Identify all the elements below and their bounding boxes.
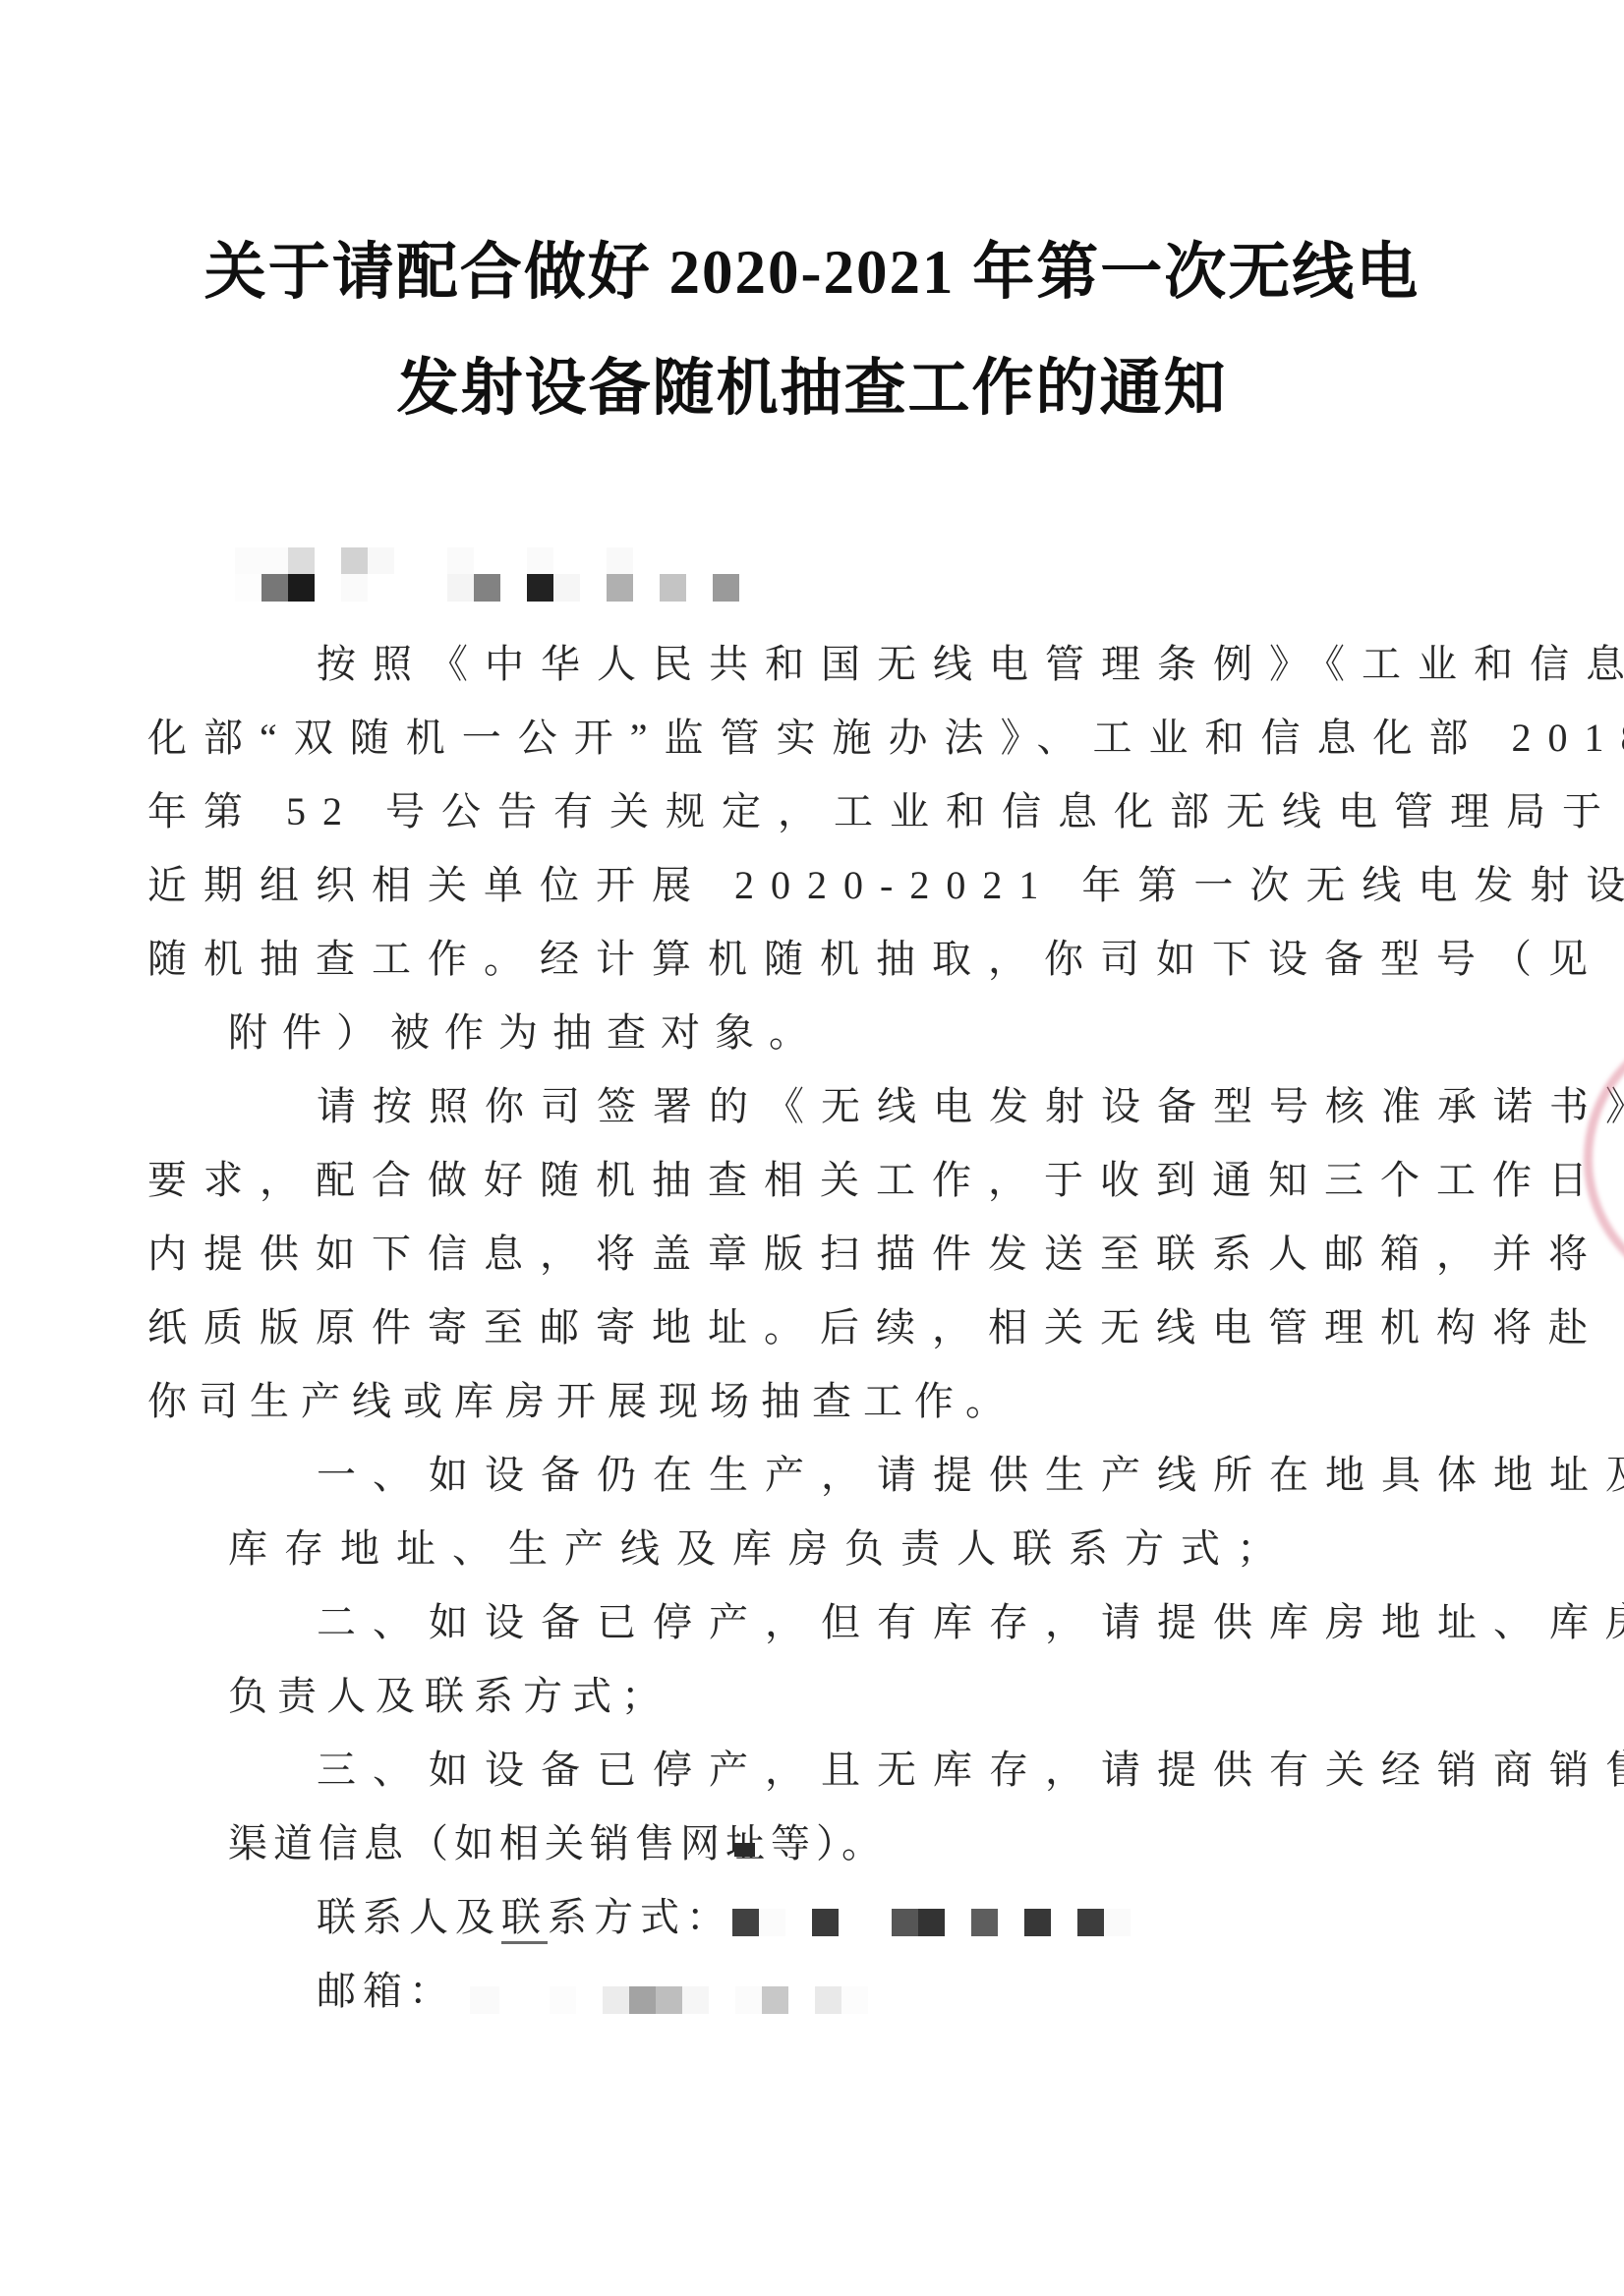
- redaction-block: [341, 574, 368, 602]
- title-line-2: 发射设备随机抽查工作的通知: [0, 330, 1624, 446]
- contact-label-post: 系方式：: [548, 1895, 732, 1939]
- redaction-block: [474, 574, 500, 602]
- body-line: 要求，配合做好随机抽查相关工作，于收到通知三个工作日: [147, 1143, 1447, 1217]
- body-line: 库存地址、生产线及库房负责人联系方式；: [147, 1512, 1447, 1585]
- body-line: 请按照你司签署的《无线电发射设备型号核准承诺书》: [147, 1069, 1447, 1143]
- redaction-block: [660, 574, 686, 602]
- redaction-block: [447, 574, 474, 602]
- redaction-block: [261, 574, 288, 602]
- body-line: 化部“双随机一公开”监管实施办法》、工业和信息化部 2018: [147, 701, 1447, 775]
- document-title: 关于请配合做好 2020-2021 年第一次无线电 发射设备随机抽查工作的通知: [0, 214, 1624, 446]
- redaction-block: [235, 574, 261, 602]
- body-line: 附件）被作为抽查对象。: [147, 996, 1447, 1069]
- body-line: 一、如设备仍在生产，请提供生产线所在地具体地址及: [147, 1438, 1447, 1512]
- body-line: 你司生产线或库房开展现场抽查工作。: [147, 1364, 1447, 1438]
- redaction-block: [607, 547, 633, 574]
- body-line: 内提供如下信息，将盖章版扫描件发送至联系人邮箱，并将: [147, 1217, 1447, 1291]
- contact-line: 联系人及联系方式：: [147, 1880, 1447, 1954]
- redaction-block: [527, 547, 553, 574]
- document-body: 按照《中华人民共和国无线电管理条例》《工业和信息 化部“双随机一公开”监管实施办…: [147, 627, 1447, 2028]
- contact-label-pre: 联系人及: [317, 1895, 501, 1939]
- redaction-block: [607, 574, 633, 602]
- redaction-block: [288, 574, 315, 602]
- title-line-1: 关于请配合做好 2020-2021 年第一次无线电: [0, 214, 1624, 330]
- body-line: 渠道信息（如相关销售网址等）。: [147, 1807, 1447, 1880]
- redaction-block: [368, 547, 394, 574]
- redaction-block: [553, 574, 580, 602]
- body-line: 负责人及联系方式；: [147, 1659, 1447, 1733]
- body-line: 近期组织相关单位开展 2020-2021 年第一次无线电发射设备: [147, 848, 1447, 922]
- redaction-block: [235, 547, 288, 574]
- redaction-block: [447, 547, 474, 574]
- body-line: 随机抽查工作。经计算机随机抽取，你司如下设备型号（见: [147, 922, 1447, 996]
- scanned-notice-page: 关于请配合做好 2020-2021 年第一次无线电 发射设备随机抽查工作的通知 …: [0, 0, 1624, 2296]
- email-line: 邮箱：: [147, 1954, 1447, 2028]
- body-line: 按照《中华人民共和国无线电管理条例》《工业和信息: [147, 627, 1447, 701]
- redaction-block: [288, 547, 315, 574]
- body-line: 三、如设备已停产，且无库存，请提供有关经销商销售: [147, 1733, 1447, 1807]
- redaction-block: [713, 574, 739, 602]
- redaction-block: [341, 547, 368, 574]
- body-line: 二、如设备已停产，但有库存，请提供库房地址、库房: [147, 1585, 1447, 1659]
- redaction-block: [527, 574, 553, 602]
- body-line: 纸质版原件寄至邮寄地址。后续，相关无线电管理机构将赴: [147, 1291, 1447, 1364]
- body-line: 年第 52 号公告有关规定，工业和信息化部无线电管理局于: [147, 775, 1447, 848]
- contact-label-underlined: 联: [501, 1895, 548, 1944]
